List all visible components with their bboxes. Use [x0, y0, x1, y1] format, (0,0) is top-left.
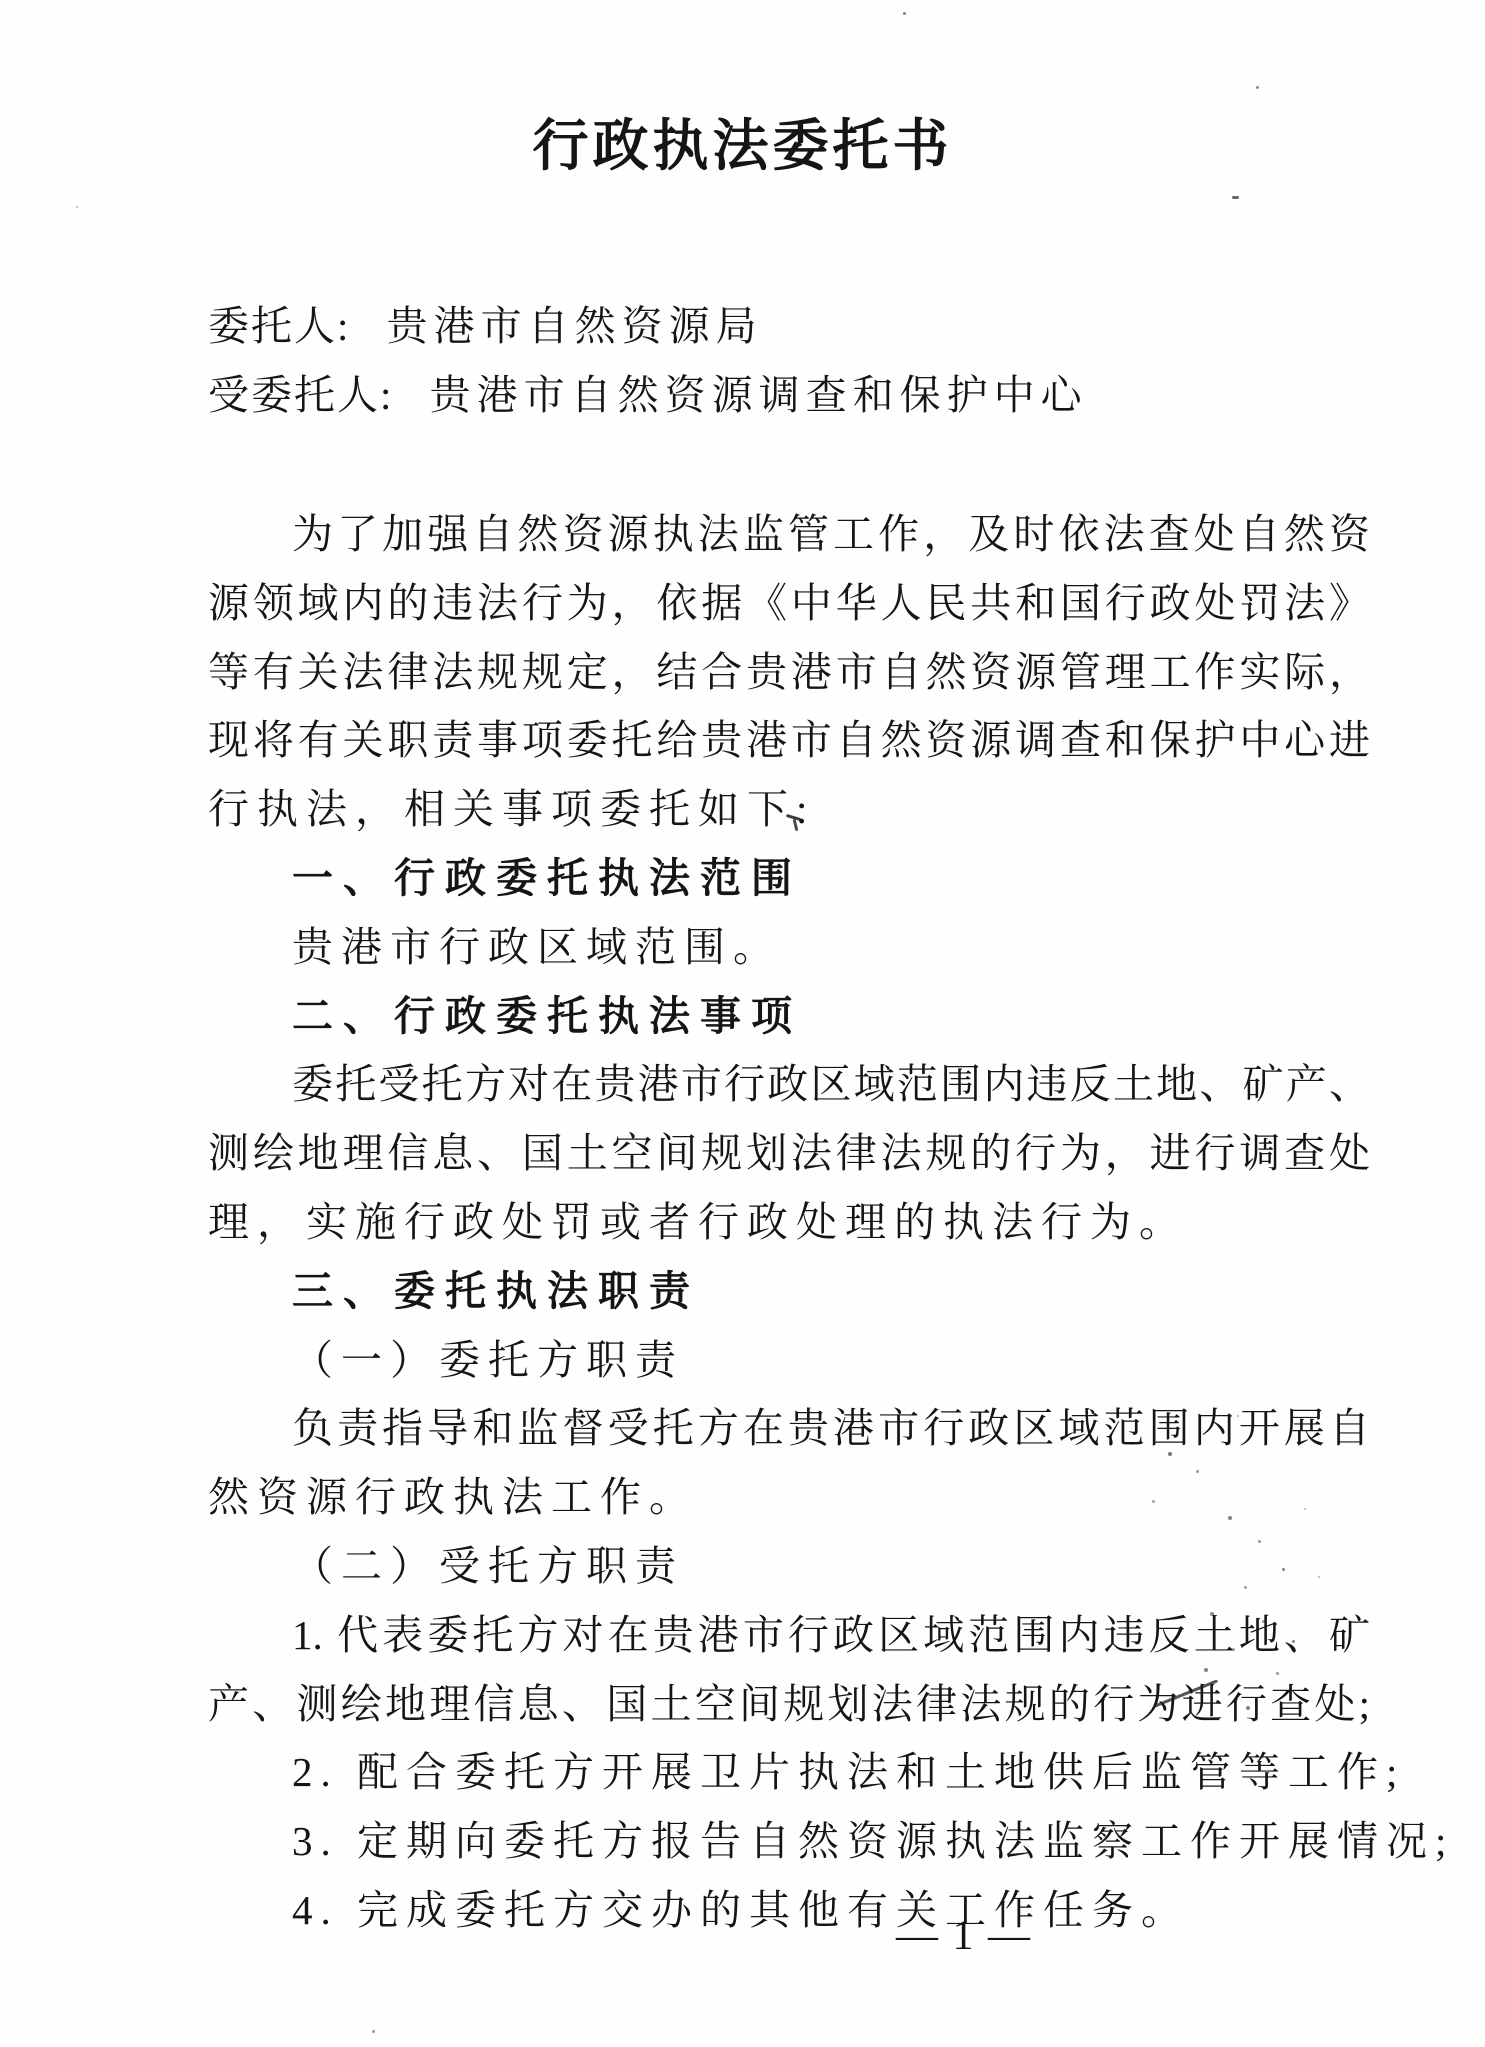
- document-line: 三、委托执法职责: [208, 1257, 1370, 1326]
- parties-block: 委托人: 贵港市自然资源局 受委托人: 贵港市自然资源调查和保护中心: [208, 292, 1370, 430]
- document-line: 等有关法律法规规定，结合贵港市自然资源管理工作实际，: [208, 638, 1370, 707]
- document-body: 为了加强自然资源执法监管工作，及时依法查处自然资源领域内的违法行为，依据《中华人…: [208, 500, 1370, 1945]
- scanned-document-page: 行政执法委托书 委托人: 贵港市自然资源局 受委托人: 贵港市自然资源调查和保护…: [0, 0, 1485, 2047]
- document-line: 为了加强自然资源执法监管工作，及时依法查处自然资: [208, 500, 1370, 569]
- document-title: 行政执法委托书: [0, 0, 1485, 182]
- document-line: （二）受托方职责: [208, 1532, 1370, 1601]
- document-line: 测绘地理信息、国土空间规划法律法规的行为，进行调查处: [208, 1119, 1370, 1188]
- document-line: 3. 定期向委托方报告自然资源执法监察工作开展情况;: [208, 1807, 1370, 1876]
- document-line: 产、测绘地理信息、国土空间规划法律法规的行为进行查处;: [208, 1670, 1370, 1739]
- document-line: 委托受托方对在贵港市行政区域范围内违反土地、矿产、: [208, 1050, 1370, 1119]
- entrusted-party-row: 受委托人: 贵港市自然资源调查和保护中心: [208, 361, 1370, 430]
- document-line: 一、行政委托执法范围: [208, 844, 1370, 913]
- document-line: 负责指导和监督受托方在贵港市行政区域范围内开展自: [208, 1394, 1370, 1463]
- document-line: （一）委托方职责: [208, 1326, 1370, 1395]
- entrusting-party-label: 委托人:: [208, 303, 350, 349]
- entrusted-party-label: 受委托人:: [208, 372, 393, 418]
- entrusted-party-name: 贵港市自然资源调查和保护中心: [430, 372, 1088, 418]
- document-line: 1. 代表委托方对在贵港市行政区域范围内违反土地、矿: [208, 1601, 1370, 1670]
- document-line: 4. 完成委托方交办的其他有关工作任务。: [208, 1876, 1370, 1945]
- page-number: — 1 —: [896, 1912, 1032, 1960]
- document-line: 贵港市行政区域范围。: [208, 913, 1370, 982]
- entrusting-party-name: 贵港市自然资源局: [387, 303, 763, 349]
- document-line: 现将有关职责事项委托给贵港市自然资源调查和保护中心进: [208, 706, 1370, 775]
- document-line: 行执法，相关事项委托如下:: [208, 775, 1370, 844]
- document-line: 二、行政委托执法事项: [208, 982, 1370, 1051]
- document-line: 然资源行政执法工作。: [208, 1463, 1370, 1532]
- document-line: 2. 配合委托方开展卫片执法和土地供后监管等工作;: [208, 1738, 1370, 1807]
- entrusting-party-row: 委托人: 贵港市自然资源局: [208, 292, 1370, 361]
- document-line: 源领域内的违法行为，依据《中华人民共和国行政处罚法》: [208, 569, 1370, 638]
- document-line: 理，实施行政处罚或者行政处理的执法行为。: [208, 1188, 1370, 1257]
